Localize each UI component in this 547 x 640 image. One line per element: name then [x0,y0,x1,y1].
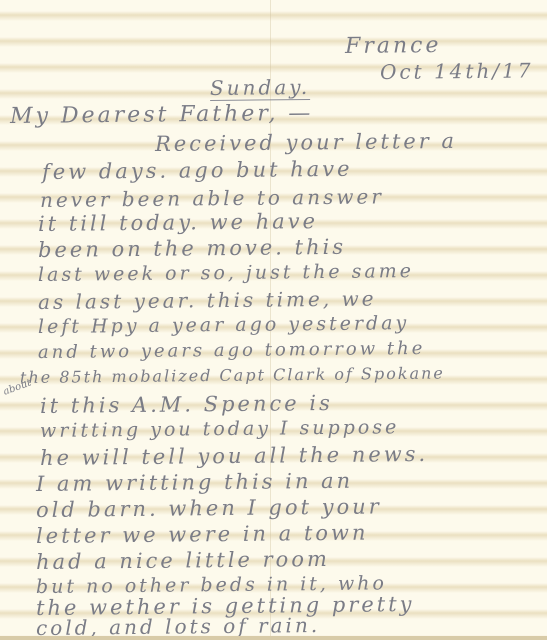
letter-line: the 85th mobalized Capt Clark of Spokane [20,366,445,386]
letter-page: France Oct 14th/17 Sunday. My Dearest Fa… [0,0,547,640]
letter-line: and two years ago tomorrow the [38,340,425,362]
letter-line: I am writting this in an [36,471,353,495]
letter-line: last week or so, just the same [38,262,414,285]
letter-line: he will tell you all the news. [40,444,428,469]
letter-line: few days. ago but have [42,159,353,183]
letter-line: left Hpy a year ago yesterday [38,314,409,337]
letter-line: Received your letter a [155,131,457,155]
letter-line: it till today. we have [38,211,318,235]
letter-line: it this A.M. Spence is [40,393,333,417]
letter-line: old barn. when I got your [36,496,382,521]
letter-date: Oct 14th/17 [380,60,534,82]
letter-line: never been able to answer [40,186,384,210]
letter-line: cold, and lots of rain. [36,615,320,638]
paper-bottom-edge [0,636,547,640]
letter-line: as last year. this time, we [38,288,377,312]
letter-line: writting you today I suppose [40,418,399,441]
letter-line: letter we were in a town [36,523,369,547]
letter-salutation: My Dearest Father, — [10,103,314,128]
margin-note: about [2,378,33,397]
letter-line: been on the move. this [38,237,346,261]
letter-day: Sunday. [210,77,310,101]
letter-line: had a nice little room [36,549,330,573]
letter-place: France [345,35,442,58]
